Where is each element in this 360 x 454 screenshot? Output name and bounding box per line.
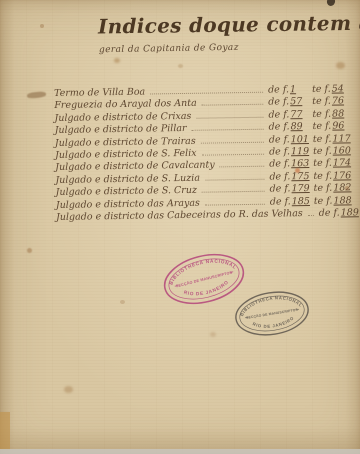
dotted-leader bbox=[202, 154, 264, 156]
entry-folio-from: de f.57 bbox=[268, 96, 312, 108]
folio-from-prefix: de f. bbox=[269, 121, 290, 132]
scan-bottom-edge bbox=[0, 449, 360, 454]
entry-name: Julgado e districto de Pillar bbox=[55, 123, 187, 136]
manuscript-page: Indices doque contem anoticia geral da C… bbox=[0, 0, 360, 454]
entry-name: Julgado e districto de Cavalcanty bbox=[55, 160, 215, 174]
entry-folio-to: te f.160 bbox=[313, 145, 353, 157]
entry-name: Julgado e districto de S. Cruz bbox=[56, 185, 197, 198]
folio-from-number: 179 bbox=[291, 183, 309, 194]
dotted-leader bbox=[192, 129, 264, 131]
entry-name: Julgado e districto de S. Felix bbox=[55, 148, 197, 161]
folio-from-prefix: de f. bbox=[269, 146, 290, 157]
dotted-leader bbox=[202, 104, 264, 106]
entry-folio-from: de f.175 bbox=[269, 171, 313, 183]
folio-from-prefix: de f. bbox=[319, 207, 340, 218]
folio-from-number: 101 bbox=[291, 134, 309, 145]
foxing-spot bbox=[336, 62, 345, 69]
folio-from-number: 1 bbox=[290, 84, 296, 95]
folio-to-number: 174 bbox=[333, 158, 351, 169]
folio-to-prefix: te f. bbox=[313, 133, 332, 144]
folio-from-number: 175 bbox=[291, 171, 309, 182]
foxing-spot bbox=[120, 300, 125, 304]
entry-folio-to: te f.182 bbox=[314, 182, 354, 194]
folio-to-prefix: te f. bbox=[313, 146, 332, 157]
folio-from-number: 119 bbox=[291, 146, 309, 157]
entry-name: Freguezia do Arayal dos Anta bbox=[54, 98, 197, 111]
folio-to-prefix: te f. bbox=[312, 84, 331, 95]
margin-mark bbox=[27, 91, 47, 99]
entry-folio-to: te f.117 bbox=[313, 133, 353, 145]
dotted-leader bbox=[205, 203, 265, 205]
folio-to-number: 54 bbox=[332, 83, 344, 94]
folio-to-number: 88 bbox=[332, 108, 344, 119]
entry-folio-from: de f.163 bbox=[269, 158, 313, 170]
folio-from-prefix: de f. bbox=[268, 109, 289, 120]
index-list: Termo de Villa Boa de f.1 te f.54 Fregue… bbox=[54, 83, 354, 224]
dotted-leader bbox=[220, 166, 265, 168]
ink-blot bbox=[326, 0, 336, 7]
entry-folio-from: de f.119 bbox=[269, 146, 313, 158]
entry-folio-to: te f.96 bbox=[313, 120, 353, 132]
folio-from-prefix: de f. bbox=[270, 196, 291, 207]
entry-folio-from: de f.1 bbox=[268, 84, 312, 96]
folio-from-prefix: de f. bbox=[268, 84, 289, 95]
foxing-spot bbox=[178, 64, 183, 68]
folio-to-number: 188 bbox=[333, 195, 351, 206]
dotted-leader bbox=[205, 178, 264, 180]
folio-from-number: 57 bbox=[290, 96, 302, 107]
page-title: Indices doque contem anoticia bbox=[98, 10, 360, 39]
entry-folio-from: de f.89 bbox=[269, 121, 313, 133]
dotted-leader bbox=[202, 191, 265, 193]
entry-folio-from: de f.179 bbox=[270, 183, 314, 195]
folio-to-prefix: te f. bbox=[313, 121, 332, 132]
foxing-spot bbox=[40, 24, 44, 28]
folio-from-prefix: de f. bbox=[270, 183, 291, 194]
entry-folio-from: de f.77 bbox=[268, 109, 312, 121]
foxing-spot bbox=[64, 386, 73, 393]
dotted-leader bbox=[201, 141, 264, 143]
dotted-leader bbox=[308, 215, 314, 216]
folio-to-number: 176 bbox=[333, 170, 351, 181]
entry-folio-to: te f.176 bbox=[313, 170, 353, 182]
folio-from-number: 189 bbox=[341, 207, 359, 218]
entry-folio-from: de f.101 bbox=[269, 134, 313, 146]
folio-from-number: 77 bbox=[290, 109, 302, 120]
entry-folio-from: de f.189 bbox=[319, 207, 360, 219]
dotted-leader bbox=[150, 92, 263, 95]
entry-name: Termo de Villa Boa bbox=[54, 87, 145, 99]
entry-name: Julgado e districto de Crixas bbox=[54, 111, 191, 124]
folio-from-prefix: de f. bbox=[268, 97, 289, 108]
entry-folio-to: te f.188 bbox=[314, 195, 354, 207]
folio-to-prefix: te f. bbox=[313, 158, 332, 169]
foxing-spot bbox=[27, 248, 32, 253]
folio-to-number: 117 bbox=[332, 133, 350, 144]
dotted-leader bbox=[196, 116, 263, 118]
folio-from-prefix: de f. bbox=[269, 134, 290, 145]
entry-folio-to: te f.76 bbox=[312, 96, 352, 108]
entry-folio-from: de f.185 bbox=[270, 195, 314, 207]
folio-to-prefix: te f. bbox=[314, 195, 333, 206]
folio-to-number: 160 bbox=[333, 145, 351, 156]
folio-to-prefix: te f. bbox=[312, 108, 331, 119]
entry-name: Julgado e districto de Trairas bbox=[55, 135, 196, 148]
folio-to-number: 96 bbox=[332, 121, 344, 132]
folio-from-number: 89 bbox=[290, 121, 302, 132]
folio-from-prefix: de f. bbox=[269, 159, 290, 170]
entry-folio-to: te f.174 bbox=[313, 158, 353, 170]
page-subtitle: geral da Capitania de Goyaz bbox=[99, 43, 239, 55]
folio-from-number: 163 bbox=[291, 158, 309, 169]
entry-name: Julgado e districto das Arayas bbox=[56, 197, 200, 210]
foxing-spot bbox=[210, 332, 216, 337]
page-edge-strip bbox=[0, 412, 10, 450]
folio-to-prefix: te f. bbox=[313, 170, 332, 181]
folio-from-number: 185 bbox=[292, 196, 310, 207]
entry-name: Julgado e districto de S. Luzia bbox=[55, 172, 200, 185]
entry-folio-to: te f.88 bbox=[312, 108, 352, 120]
folio-from-prefix: de f. bbox=[269, 171, 290, 182]
foxing-spot bbox=[114, 58, 120, 63]
entry-folio-to: te f.54 bbox=[312, 83, 352, 95]
folio-to-prefix: te f. bbox=[314, 183, 333, 194]
folio-to-prefix: te f. bbox=[312, 96, 331, 107]
folio-to-number: 182 bbox=[333, 182, 351, 193]
folio-to-number: 76 bbox=[332, 96, 344, 107]
